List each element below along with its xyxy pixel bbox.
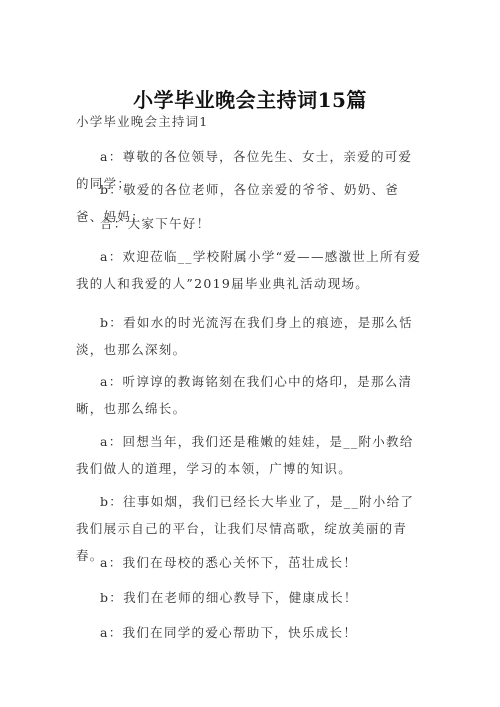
paragraph: b：我们在老师的细心教导下，健康成长！ — [76, 584, 426, 611]
paragraph: b：看如水的时光流泻在我们身上的痕迹，是那么恬淡，也那么深刻。 — [76, 309, 426, 363]
paragraph: a：我们在同学的爱心帮助下，快乐成长！ — [76, 619, 426, 646]
paragraph: a：回想当年，我们还是稚嫩的娃娃，是__附小教给我们做人的道理，学习的本领，广博… — [76, 428, 426, 482]
paragraph: a：听谆谆的教诲铭刻在我们心中的烙印，是那么清晰，也那么绵长。 — [76, 368, 426, 422]
document-page: 小学毕业晚会主持词15篇 小学毕业晚会主持词1 a：尊敬的各位领导，各位先生、女… — [0, 0, 500, 707]
document-title: 小学毕业晚会主持词15篇 — [0, 84, 500, 113]
paragraph: a：欢迎莅临__学校附属小学“爱——感激世上所有爱我的人和我爱的人”2019届毕… — [76, 243, 426, 297]
paragraph: 合：大家下午好！ — [76, 210, 426, 237]
paragraph: a：我们在母校的悉心关怀下，茁壮成长！ — [76, 549, 426, 576]
document-subtitle: 小学毕业晚会主持词1 — [76, 112, 208, 130]
